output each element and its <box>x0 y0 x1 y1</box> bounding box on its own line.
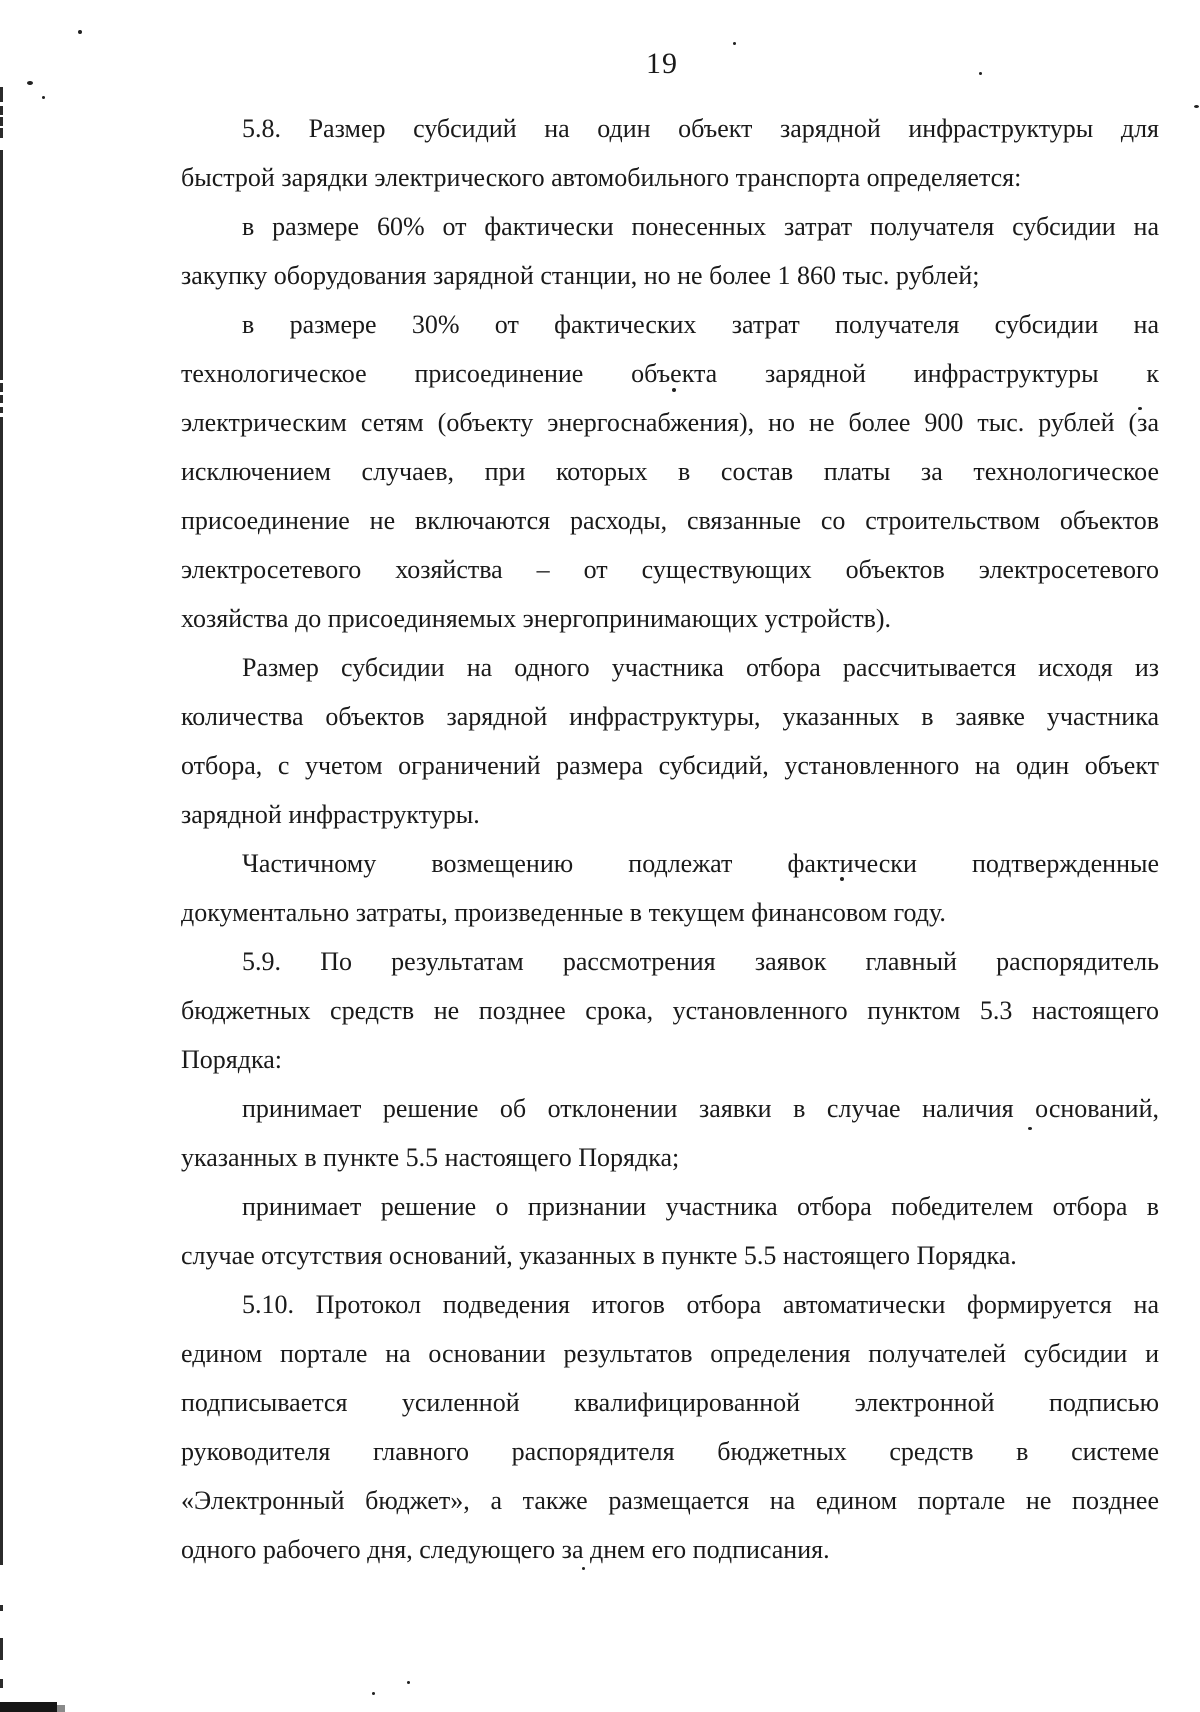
scan-speck <box>979 72 982 75</box>
scan-corner-mark <box>0 1702 57 1712</box>
text-line: 5.9. По результатам рассмотрения заявок … <box>181 937 1159 986</box>
paragraph: принимает решение о признании участника … <box>181 1182 1159 1280</box>
paragraph: 5.8. Размер субсидий на один объект заря… <box>181 104 1159 202</box>
text-line: зарядной инфраструктуры. <box>181 790 1159 839</box>
text-line: документально затраты, произведенные в т… <box>181 888 1159 937</box>
paragraph: в размере 30% от фактических затрат полу… <box>181 300 1159 643</box>
scan-speck <box>1138 407 1142 410</box>
scan-speck <box>42 96 45 99</box>
text-line: в размере 60% от фактически понесенных з… <box>181 202 1159 251</box>
scan-speck <box>407 1681 410 1684</box>
paragraph: Размер субсидии на одного участника отбо… <box>181 643 1159 839</box>
text-line: случае отсутствия оснований, указанных в… <box>181 1231 1159 1280</box>
scan-speck <box>78 30 82 34</box>
paragraph: в размере 60% от фактически понесенных з… <box>181 202 1159 300</box>
scan-left-edge-line <box>0 106 3 115</box>
scan-speck <box>840 877 844 881</box>
document-body: 5.8. Размер субсидий на один объект заря… <box>181 104 1159 1574</box>
scan-speck <box>1028 1127 1032 1130</box>
text-line: количества объектов зарядной инфраструкт… <box>181 692 1159 741</box>
document-page: 19 5.8. Размер субсидий на один объект з… <box>0 0 1200 1712</box>
scan-left-edge-line <box>0 1679 3 1688</box>
text-line: 5.8. Размер субсидий на один объект заря… <box>181 104 1159 153</box>
paragraph: 5.10. Протокол подведения итогов отбора … <box>181 1280 1159 1574</box>
text-line: руководителя главного распорядителя бюдж… <box>181 1427 1159 1476</box>
text-line: Размер субсидии на одного участника отбо… <box>181 643 1159 692</box>
text-line: Частичному возмещению подлежат фактическ… <box>181 839 1159 888</box>
scan-left-edge-line <box>0 1605 3 1611</box>
text-line: исключением случаев, при которых в соста… <box>181 447 1159 496</box>
text-line: принимает решение о признании участника … <box>181 1182 1159 1231</box>
text-line: отбора, с учетом ограничений размера суб… <box>181 741 1159 790</box>
scan-left-edge-line <box>0 117 3 126</box>
text-line: электросетевого хозяйства – от существую… <box>181 545 1159 594</box>
text-line: 5.10. Протокол подведения итогов отбора … <box>181 1280 1159 1329</box>
text-line: подписывается усиленной квалифицированно… <box>181 1378 1159 1427</box>
text-line: хозяйства до присоединяемых энергоприним… <box>181 594 1159 643</box>
scan-left-edge-line <box>0 417 3 1565</box>
page-number: 19 <box>600 44 724 84</box>
scan-corner-mark-fringe <box>57 1705 65 1712</box>
scan-speck <box>582 1567 585 1570</box>
text-line: в размере 30% от фактических затрат полу… <box>181 300 1159 349</box>
scan-left-edge-line <box>0 1638 3 1660</box>
scan-left-edge-line <box>0 128 3 138</box>
text-line: «Электронный бюджет», а также размещаетс… <box>181 1476 1159 1525</box>
text-line: присоединение не включаются расходы, свя… <box>181 496 1159 545</box>
text-line: указанных в пункте 5.5 настоящего Порядк… <box>181 1133 1159 1182</box>
scan-speck <box>372 1692 375 1695</box>
text-line: едином портале на основании результатов … <box>181 1329 1159 1378</box>
text-line: одного рабочего дня, следующего за днем … <box>181 1525 1159 1574</box>
scan-speck <box>733 42 736 45</box>
text-line: закупку оборудования зарядной станции, н… <box>181 251 1159 300</box>
scan-left-edge-line <box>0 383 3 392</box>
scan-left-edge-line <box>0 395 3 403</box>
scan-speck <box>1194 105 1199 108</box>
text-line: технологическое присоединение объекта за… <box>181 349 1159 398</box>
paragraph: Частичному возмещению подлежат фактическ… <box>181 839 1159 937</box>
paragraph: 5.9. По результатам рассмотрения заявок … <box>181 937 1159 1084</box>
scan-left-edge-line <box>0 87 3 102</box>
text-line: электрическим сетям (объекту энергоснабж… <box>181 398 1159 447</box>
scan-speck <box>672 388 676 392</box>
scan-left-edge-line <box>0 407 3 413</box>
paragraph: принимает решение об отклонении заявки в… <box>181 1084 1159 1182</box>
text-line: быстрой зарядки электрического автомобил… <box>181 153 1159 202</box>
scan-speck <box>27 81 33 85</box>
text-line: Порядка: <box>181 1035 1159 1084</box>
scan-left-edge-line <box>0 150 3 380</box>
text-line: бюджетных средств не позднее срока, уста… <box>181 986 1159 1035</box>
text-line: принимает решение об отклонении заявки в… <box>181 1084 1159 1133</box>
